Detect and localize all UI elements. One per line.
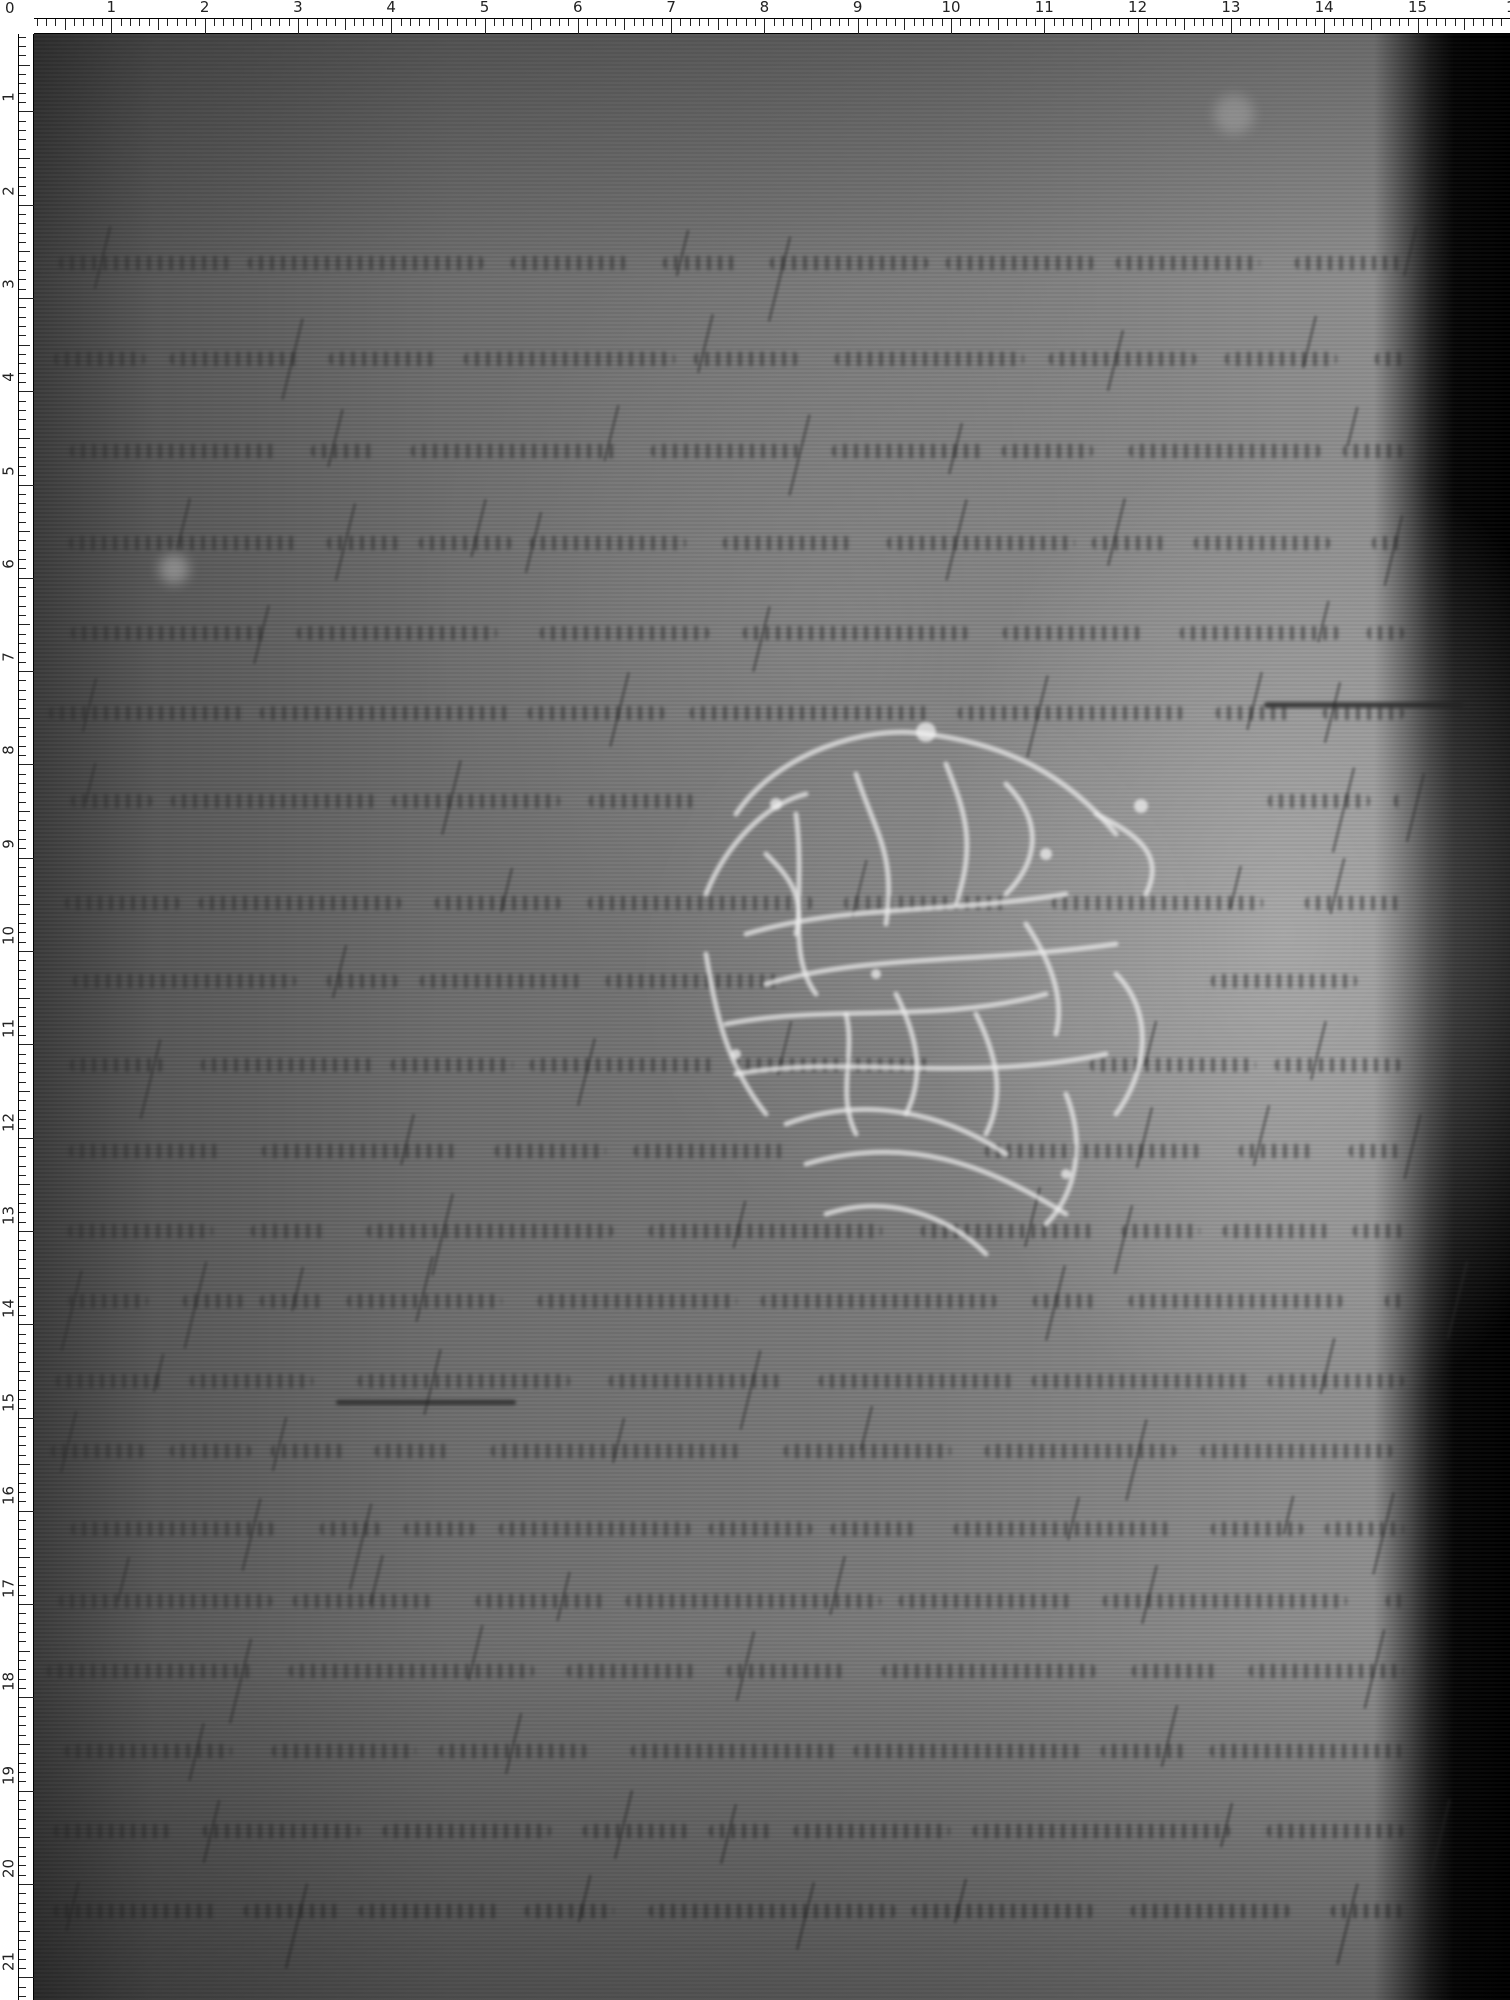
ruler-tick (19, 1287, 26, 1288)
ruler-tick (158, 19, 159, 30)
ruler-tick (1138, 19, 1139, 34)
ruler-tick (19, 83, 26, 84)
ruler-tick (19, 1809, 26, 1810)
ruler-tick (19, 1063, 26, 1064)
ruler-tick (93, 19, 94, 26)
ruler-tick (373, 19, 374, 26)
ruler-tick (19, 1548, 26, 1549)
ruler-tick (1054, 19, 1055, 26)
ruler-tick (19, 1576, 26, 1577)
ruler-tick (19, 1501, 26, 1502)
ruler-tick (19, 1763, 26, 1764)
ruler-label: 16 (2, 1489, 17, 1505)
ruler-tick (19, 736, 26, 737)
ruler-tick (19, 904, 30, 905)
ruler-tick (19, 242, 26, 243)
ruler-tick (307, 19, 308, 26)
ruler-tick (19, 429, 26, 430)
ruler-tick (1334, 19, 1335, 26)
ruler-label: 7 (2, 649, 17, 665)
ruler-tick (19, 1390, 26, 1391)
ruler-tick (19, 261, 26, 262)
ruler-tick (783, 19, 784, 26)
ruler-tick (671, 19, 672, 34)
ruler-tick (111, 19, 112, 34)
ruler-tick (19, 1529, 26, 1530)
ruler-tick (19, 158, 30, 159)
ruler-tick (354, 19, 355, 26)
ruler-tick (19, 1492, 26, 1493)
ruler-tick (19, 186, 26, 187)
ruler-tick (970, 19, 971, 26)
ruler-tick (811, 19, 812, 30)
ruler-tick (774, 19, 775, 26)
ruler-tick (652, 19, 653, 26)
ruler-tick (19, 1912, 26, 1913)
ruler-label: 5 (480, 0, 490, 16)
ruler-tick (19, 540, 26, 541)
ruler-tick (19, 466, 26, 467)
ruler-tick (19, 1837, 30, 1838)
ruler-tick (19, 671, 34, 672)
ruler-tick (19, 139, 26, 140)
ruler-label: 2 (200, 0, 210, 16)
ruler-tick (19, 830, 26, 831)
ruler-tick (718, 19, 719, 30)
ruler-label: 19 (2, 1769, 17, 1785)
ruler-tick (19, 1651, 30, 1652)
ruler-tick (886, 19, 887, 26)
ruler-tick (690, 19, 691, 26)
ruler-tick (19, 93, 26, 94)
ruler-tick (167, 19, 168, 26)
ruler-tick (1072, 19, 1073, 26)
ruler-tick (19, 251, 30, 252)
ruler-tick (1035, 19, 1036, 26)
ruler-tick (848, 19, 849, 26)
ruler-tick (19, 746, 26, 747)
ruler-tick (382, 19, 383, 26)
ruler-tick (19, 1278, 30, 1279)
ruler-tick (19, 270, 26, 271)
ruler-tick (1166, 19, 1167, 26)
ruler-tick (1492, 19, 1493, 26)
ruler-tick (1268, 19, 1269, 26)
ruler-tick (19, 1240, 26, 1241)
ruler-tick (19, 317, 26, 318)
ruler-tick (624, 19, 625, 30)
ruler-tick (19, 223, 26, 224)
ruler-tick (19, 1222, 26, 1223)
ruler-tick (19, 111, 34, 112)
ruler-label: 13 (1221, 0, 1240, 16)
ruler-tick (19, 289, 26, 290)
ruler-tick (1362, 19, 1363, 26)
ruler-tick (19, 634, 26, 635)
horizontal-ruler: 1234567891011121314151 (0, 0, 1510, 34)
ruler-tick (19, 522, 26, 523)
ruler-tick (19, 1567, 26, 1568)
ruler-tick (19, 923, 26, 924)
ruler-tick (19, 1352, 26, 1353)
ruler-tick (19, 1828, 26, 1829)
ruler-tick (19, 1623, 26, 1624)
ruler-tick (1147, 19, 1148, 26)
ruler-tick (596, 19, 597, 26)
ruler-tick (19, 298, 34, 299)
ruler-tick (19, 1744, 30, 1745)
ruler-label: 1 (1506, 0, 1510, 16)
ruler-tick (345, 19, 346, 30)
ruler-tick (1250, 19, 1251, 26)
ruler-tick (19, 662, 26, 663)
ruler-label: 21 (2, 1955, 17, 1971)
ruler-tick (438, 19, 439, 30)
ruler-tick (979, 19, 980, 26)
ruler-label: 3 (2, 276, 17, 292)
ruler-tick (19, 1679, 26, 1680)
ruler-tick (643, 19, 644, 26)
ruler-tick (19, 1427, 26, 1428)
ruler-tick (19, 1697, 34, 1698)
ruler-tick (19, 1324, 34, 1325)
ruler-tick (1128, 19, 1129, 26)
ruler-tick (19, 578, 34, 579)
ruler-tick (19, 1931, 30, 1932)
ruler-tick (867, 19, 868, 26)
ruler-tick (195, 19, 196, 26)
ruler-tick (699, 19, 700, 26)
ruler-tick (615, 19, 616, 26)
ruler-tick (457, 19, 458, 26)
ruler-tick (19, 1921, 26, 1922)
ruler-tick (19, 1949, 26, 1950)
ruler-tick (19, 1669, 26, 1670)
ruler-tick (19, 46, 26, 47)
ruler-tick (19, 55, 26, 56)
ruler-tick (177, 19, 178, 26)
ruler-tick (19, 718, 30, 719)
ruler-tick (19, 195, 26, 196)
ruler-tick (19, 1800, 26, 1801)
ruler-tick (19, 839, 26, 840)
ruler-tick (19, 1184, 30, 1185)
ruler-tick (540, 19, 541, 26)
vertical-ruler: 123456789101112131415161718192021 (0, 0, 34, 2000)
ruler-tick (130, 19, 131, 26)
ruler-tick (429, 19, 430, 26)
ruler-tick (19, 177, 26, 178)
ruler-tick (19, 1539, 26, 1540)
ruler-tick (19, 382, 26, 383)
ruler-tick (19, 1091, 30, 1092)
ruler-tick (19, 1707, 26, 1708)
ruler-tick (19, 587, 26, 588)
ruler-tick (19, 74, 26, 75)
ruler-label: 1 (107, 0, 117, 16)
ruler-tick (19, 1166, 26, 1167)
ruler-tick (19, 1455, 26, 1456)
ruler-tick (19, 820, 26, 821)
ruler-label: 12 (1128, 0, 1147, 16)
ruler-tick (19, 531, 30, 532)
ruler-tick (19, 1940, 26, 1941)
ruler-label: 8 (2, 742, 17, 758)
ruler-tick (1044, 19, 1045, 34)
ruler-tick (1380, 19, 1381, 26)
ruler-tick (19, 1016, 26, 1017)
ruler-tick (74, 19, 75, 26)
ruler-tick (764, 19, 765, 34)
ruler-tick (391, 19, 392, 34)
ruler-tick (121, 19, 122, 26)
ruler-tick (19, 1026, 26, 1027)
ruler-tick (19, 1716, 26, 1717)
ruler-tick (19, 1035, 26, 1036)
ruler-tick (1184, 19, 1185, 30)
ruler-tick (19, 1996, 26, 1997)
ruler-tick (1007, 19, 1008, 26)
ruler-tick (606, 19, 607, 26)
ruler-tick (1287, 19, 1288, 26)
ruler-tick (233, 19, 234, 26)
ruler-tick (19, 1334, 26, 1335)
ruler-tick (1408, 19, 1409, 26)
ruler-tick (214, 19, 215, 26)
ruler-tick (19, 858, 34, 859)
ruler-tick (466, 19, 467, 26)
ruler-tick (951, 19, 952, 34)
ruler-tick (923, 19, 924, 26)
ruler-tick (1119, 19, 1120, 26)
ruler-tick (261, 19, 262, 26)
ruler-tick (335, 19, 336, 26)
ruler-tick (19, 354, 26, 355)
ruler-tick (19, 475, 26, 476)
ruler-tick (19, 792, 26, 793)
ruler-tick (19, 410, 26, 411)
ruler-tick (1175, 19, 1176, 26)
ruler-tick (522, 19, 523, 26)
ruler-tick (19, 1231, 34, 1232)
ruler-tick (19, 1557, 30, 1558)
ruler-tick (19, 774, 26, 775)
ruler-tick (19, 988, 26, 989)
ruler-tick (1455, 19, 1456, 26)
ruler-tick (19, 1781, 26, 1782)
ruler-tick (932, 19, 933, 26)
ruler-label: 7 (666, 0, 676, 16)
ruler-tick (19, 1632, 26, 1633)
ruler-label: 9 (853, 0, 863, 16)
ruler-tick (19, 783, 26, 784)
ruler-tick (19, 401, 26, 402)
ruler-label: 6 (2, 556, 17, 572)
ruler-tick (19, 708, 26, 709)
ruler-tick (19, 624, 30, 625)
ruler-tick (19, 848, 26, 849)
ruler-tick (19, 1054, 26, 1055)
ruler-tick (662, 19, 663, 26)
ruler-tick (83, 19, 84, 26)
ruler-corner: 0 (0, 0, 34, 34)
ruler-tick (19, 1595, 26, 1596)
ruler-tick (19, 550, 26, 551)
ruler-tick (19, 1977, 34, 1978)
ruler-tick (19, 1147, 26, 1148)
ruler-tick (19, 1156, 26, 1157)
ruler-tick (19, 37, 26, 38)
ruler-tick (568, 19, 569, 26)
ruler-tick (578, 19, 579, 34)
ruler-tick (19, 1072, 26, 1073)
ruler-tick (792, 19, 793, 26)
ruler-tick (19, 1968, 26, 1969)
ruler-tick (1418, 19, 1419, 34)
ruler-tick (1222, 19, 1223, 26)
ruler-tick (587, 19, 588, 26)
ruler-tick (419, 19, 420, 26)
ruler-tick (19, 895, 26, 896)
ruler-label: 20 (2, 1862, 17, 1878)
ruler-tick (1352, 19, 1353, 26)
ruler-tick (19, 167, 26, 168)
ruler-tick (19, 1903, 26, 1904)
ruler-tick (19, 1306, 26, 1307)
ruler-tick (19, 1315, 26, 1316)
ruler-tick (19, 457, 26, 458)
ruler-edge (33, 34, 34, 2000)
ruler-tick (1399, 19, 1400, 26)
ruler-tick (19, 447, 26, 448)
ruler-tick (802, 19, 803, 26)
ruler-label: 10 (941, 0, 960, 16)
ruler-tick (19, 1380, 26, 1381)
ruler-tick (19, 1511, 34, 1512)
ruler-tick (1427, 19, 1428, 26)
ruler-tick (839, 19, 840, 26)
ruler-tick (708, 19, 709, 26)
ruler-tick (1445, 19, 1446, 26)
ruler-tick (186, 19, 187, 26)
ruler-tick (1306, 19, 1307, 26)
ruler-origin-label: 0 (5, 0, 15, 17)
ruler-tick (19, 764, 34, 765)
ruler-tick (19, 1138, 34, 1139)
ruler-tick (19, 1082, 26, 1083)
ruler-tick (19, 1408, 26, 1409)
ruler-tick (19, 914, 26, 915)
ruler-label: 17 (2, 1582, 17, 1598)
ruler-tick (755, 19, 756, 26)
ruler-tick (19, 419, 26, 420)
ruler-tick (317, 19, 318, 26)
ruler-tick (550, 19, 551, 26)
ruler-tick (942, 19, 943, 26)
ruler-tick (19, 1884, 34, 1885)
ruler-tick (19, 652, 26, 653)
ruler-tick (19, 606, 26, 607)
ruler-tick (19, 727, 26, 728)
ruler-tick (19, 363, 26, 364)
ruler-tick (512, 19, 513, 26)
ruler-tick (19, 345, 30, 346)
ruler-tick (19, 1772, 26, 1773)
ruler-label: 3 (293, 0, 303, 16)
ruler-label: 14 (2, 1302, 17, 1318)
ruler-tick (19, 1735, 26, 1736)
ruler-tick (19, 979, 26, 980)
ruler-tick (19, 1791, 34, 1792)
ruler-tick (19, 951, 34, 952)
ruler-tick (19, 876, 26, 877)
ruler-tick (102, 19, 103, 26)
ruler-tick (1296, 19, 1297, 26)
ruler-tick (19, 811, 30, 812)
ruler-baseline (18, 18, 19, 2000)
ruler-tick (37, 19, 38, 26)
ruler-tick (19, 867, 26, 868)
ruler-tick (1203, 19, 1204, 26)
ruler-tick (19, 279, 26, 280)
ruler-tick (830, 19, 831, 26)
ruler-tick (19, 233, 26, 234)
ruler-tick (19, 1250, 26, 1251)
ruler-tick (19, 755, 26, 756)
ruler-tick (1483, 19, 1484, 26)
ruler-tick (19, 1725, 26, 1726)
ruler-tick (19, 1119, 26, 1120)
ruler-tick (746, 19, 747, 26)
ruler-tick (19, 205, 34, 206)
ruler-tick (19, 391, 34, 392)
ruler-tick (19, 960, 26, 961)
ruler-tick (914, 19, 915, 26)
ruler-tick (19, 970, 26, 971)
ruler-tick (19, 326, 26, 327)
ruler-tick (19, 1371, 30, 1372)
ruler-tick (503, 19, 504, 26)
ruler-tick (19, 1856, 26, 1857)
ruler-tick (1063, 19, 1064, 26)
ruler-label: 8 (760, 0, 770, 16)
ruler-tick (1082, 19, 1083, 26)
ruler-tick (223, 19, 224, 26)
ruler-tick (1231, 19, 1232, 34)
ruler-tick (279, 19, 280, 26)
ruler-tick (326, 19, 327, 26)
ruler-tick (251, 19, 252, 30)
ruler-tick (19, 1268, 26, 1269)
ruler-tick (19, 1585, 26, 1586)
ruler-tick (19, 65, 30, 66)
ruler-tick (19, 1520, 26, 1521)
ruler-tick (55, 19, 56, 26)
ruler-tick (19, 615, 26, 616)
ruler-tick (19, 121, 26, 122)
ruler-tick (19, 643, 26, 644)
ruler-tick (19, 1473, 26, 1474)
ruler-tick (270, 19, 271, 26)
ruler-tick (19, 1128, 26, 1129)
ruler-tick (1278, 19, 1279, 30)
ruler-tick (19, 1865, 26, 1866)
ruler-tick (19, 1753, 26, 1754)
ruler-tick (65, 19, 66, 30)
ruler-label: 4 (2, 369, 17, 385)
ruler-label: 15 (1408, 0, 1427, 16)
ruler-tick (19, 568, 26, 569)
